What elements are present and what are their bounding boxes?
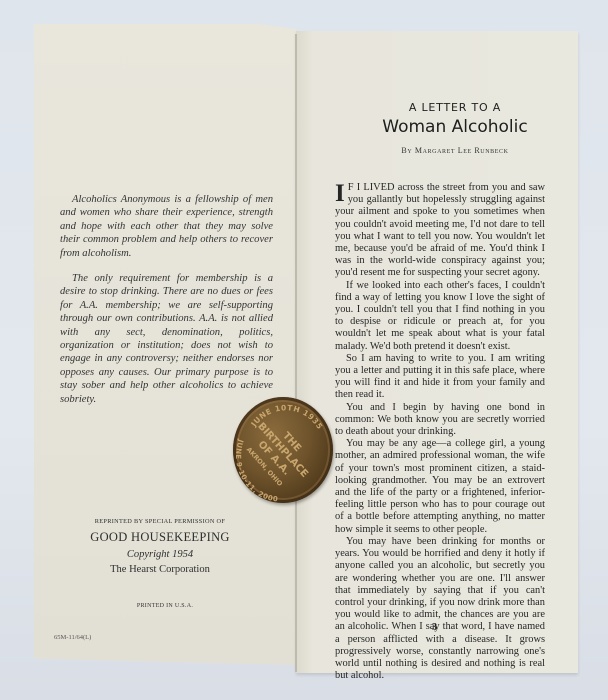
article-paragraph: IF I LIVED across the street from you an… — [335, 182, 545, 280]
article-title: Woman Alcoholic — [340, 117, 570, 137]
drop-cap: I — [335, 183, 345, 205]
article-paragraph: If we looked into each other's faces, I … — [335, 280, 545, 353]
article-title-prefix: A LETTER TO A — [340, 101, 570, 114]
publication-name: GOOD HOUSEKEEPING — [60, 530, 260, 545]
article-paragraph: You and I begin by having one bond in co… — [335, 402, 545, 439]
corporation-name: The Hearst Corporation — [60, 564, 260, 575]
printed-notice: Printed in U.S.A. — [125, 603, 205, 609]
article-paragraph: You may be any age—a college girl, a you… — [335, 438, 545, 536]
medallion-engraving: JUNE 10TH 1935 THE BIRTHPLACE OF A.A. AK… — [233, 397, 333, 503]
print-code: 65M-11/64(L) — [54, 634, 91, 641]
booklet-spine — [295, 34, 297, 672]
page-number: 3 — [432, 622, 437, 633]
paragraph-text: F I LIVED across the street from you and… — [335, 182, 545, 278]
reprint-credits: Reprinted by special permission of GOOD … — [60, 518, 260, 575]
article-paragraph: You may have been drinking for months or… — [335, 536, 545, 682]
preamble-paragraph: The only requirement for membership is a… — [60, 272, 273, 406]
birthplace-medallion: JUNE 10TH 1935 THE BIRTHPLACE OF A.A. AK… — [233, 397, 333, 503]
article-byline: By Margaret Lee Runbeck — [340, 146, 570, 155]
preamble-paragraph: Alcoholics Anonymous is a fellowship of … — [60, 193, 273, 260]
reprint-notice: Reprinted by special permission of — [60, 518, 260, 525]
copyright-line: Copyright 1954 — [60, 549, 260, 560]
article-paragraph: So I am having to write to you. I am wri… — [335, 353, 545, 402]
article-body: IF I LIVED across the street from you an… — [335, 182, 545, 682]
aa-preamble: Alcoholics Anonymous is a fellowship of … — [60, 193, 273, 418]
